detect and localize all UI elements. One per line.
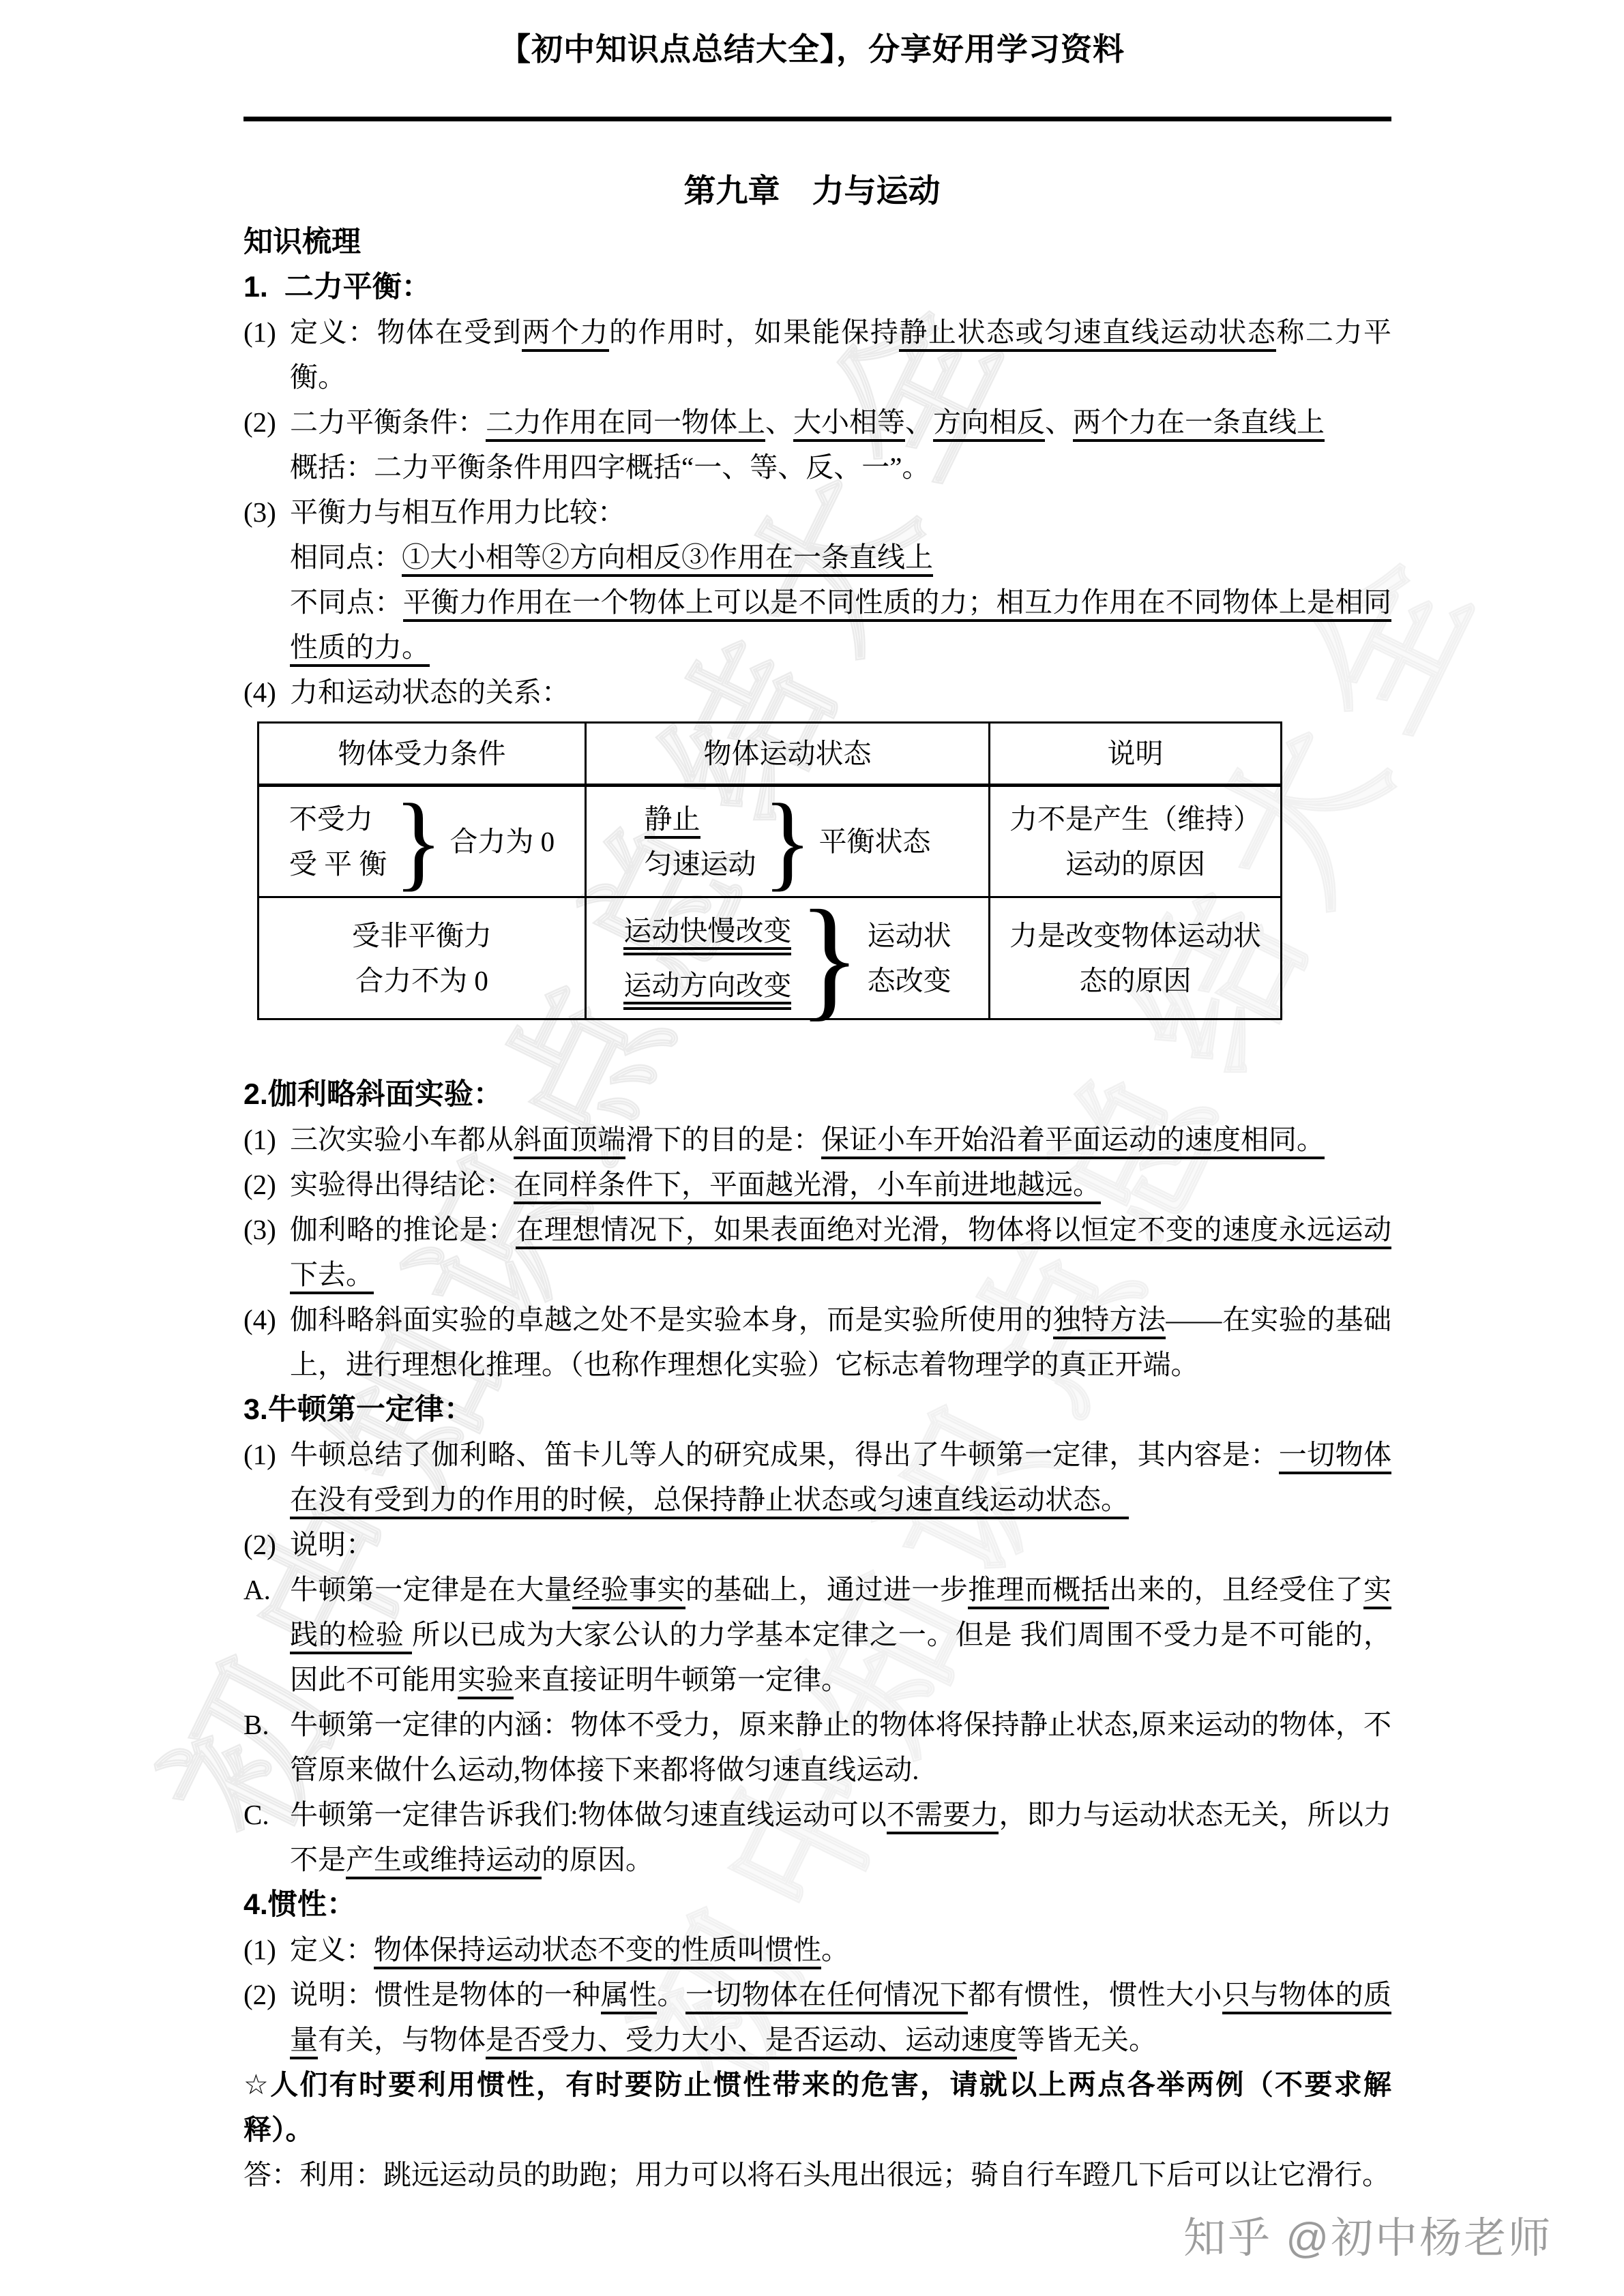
item-text: 说明：惯性是物体的一种属性。一切物体在任何情况下都有惯性，惯性大小只与物体的质量… bbox=[290, 1972, 1391, 2062]
item-text: 牛顿第一定律的内涵：物体不受力，原来静止的物体将保持静止状态,原来运动的物体，不… bbox=[290, 1702, 1391, 1792]
text-segment: 滑下的目的是： bbox=[625, 1124, 821, 1155]
section-heading: 1. 二力平衡： bbox=[243, 265, 1391, 310]
text-segment: 相同点： bbox=[290, 541, 402, 573]
brace-glyph: } bbox=[394, 793, 443, 890]
list-item: (2)二力平衡条件：二力作用在同一物体上、大小相等、方向相反、两个力在一条直线上 bbox=[243, 400, 1391, 445]
text-segment: 、 bbox=[905, 406, 933, 438]
document-body: 知识梳理1. 二力平衡：(1)定义：物体在受到两个力的作用时，如果能保持静止状态… bbox=[243, 220, 1391, 2197]
cell-line: 运动方向改变 bbox=[623, 963, 791, 1008]
item-text: 牛顿第一定律是在大量经验事实的基础上，通过进一步推理而概括出来的，且经受住了实践… bbox=[290, 1567, 1391, 1702]
item-marker: (1) bbox=[243, 310, 290, 400]
answer-line: 答：利用：跳远运动员的助跑；用力可以将石头甩出很远；骑自行车蹬几下后可以让它滑行… bbox=[243, 2152, 1391, 2197]
text-segment: 二力平衡条件： bbox=[290, 406, 486, 438]
text-segment: 牛顿第一定律告诉我们:物体做匀速直线运动可以 bbox=[290, 1799, 887, 1830]
list-item: (3)平衡力与相互作用力比较： bbox=[243, 490, 1391, 535]
force-motion-table: 物体受力条件 物体运动状态 说明 不受力 受 平 衡 } 合力为 0 静止 bbox=[257, 721, 1282, 1020]
cell-line: 受 平 衡 bbox=[289, 841, 387, 886]
list-item: (1)定义：物体保持运动状态不变的性质叫惯性。 bbox=[243, 1927, 1391, 1972]
text-segment: 等皆无关。 bbox=[1017, 2024, 1157, 2055]
table-cell: 力是改变物体运动状 态的原因 bbox=[990, 897, 1282, 1019]
text-segment: 不需要力 bbox=[887, 1799, 999, 1834]
text-segment: 经验事实 bbox=[572, 1574, 685, 1609]
list-item: (1)三次实验小车都从斜面顶端滑下的目的是：保证小车开始沿着平面运动的速度相同。 bbox=[243, 1117, 1391, 1162]
item-text: 牛顿总结了伽利略、笛卡儿等人的研究成果，得出了牛顿第一定律，其内容是：一切物体在… bbox=[290, 1432, 1391, 1522]
table-header-cell: 物体运动状态 bbox=[586, 723, 990, 786]
text-segment: 。 bbox=[821, 1934, 849, 1965]
item-marker: C. bbox=[243, 1792, 290, 1882]
brace-glyph: } bbox=[798, 897, 860, 1019]
page-header: 【初中知识点总结大全】，分享好用学习资料 bbox=[0, 25, 1624, 70]
item-text: 相同点：①大小相等②方向相反③作用在一条直线上 bbox=[290, 535, 1391, 580]
item-text: 三次实验小车都从斜面顶端滑下的目的是：保证小车开始沿着平面运动的速度相同。 bbox=[290, 1117, 1391, 1162]
item-text: 平衡力与相互作用力比较： bbox=[290, 490, 1391, 535]
list-item: (4)力和运动状态的关系： bbox=[243, 670, 1391, 715]
text-segment: ☆人们有时要利用惯性，有时要防止惯性带来的危害，请就以上两点各举两例（不要求解释… bbox=[243, 2069, 1391, 2145]
text-segment: 有关，与物体 bbox=[318, 2024, 486, 2055]
item-text: 伽科略斜面实验的卓越之处不是实验本身，而是实验所使用的独特方法——在实验的基础上… bbox=[290, 1297, 1391, 1387]
table-cell: 受非平衡力 合力不为 0 bbox=[259, 897, 586, 1019]
text-segment: 、 bbox=[765, 406, 793, 438]
text-segment: 在同样条件下，平面越光滑，小车前进地越远。 bbox=[514, 1169, 1101, 1204]
text-segment: 两个力在一条直线上 bbox=[1073, 406, 1325, 442]
section-heading: 2.伽利略斜面实验： bbox=[243, 1072, 1391, 1117]
text-segment: 伽科略斜面实验的卓越之处不是实验本身，而是实验所使用的 bbox=[290, 1304, 1053, 1335]
text-segment: 、 bbox=[1045, 406, 1073, 438]
list-item: (2)说明：惯性是物体的一种属性。一切物体在任何情况下都有惯性，惯性大小只与物体… bbox=[243, 1972, 1391, 2062]
list-item: (2)实验得出得结论：在同样条件下，平面越光滑，小车前进地越远。 bbox=[243, 1162, 1391, 1207]
text-segment: 牛顿第一定律的内涵：物体不受力，原来静止的物体将保持静止状态,原来运动的物体，不… bbox=[290, 1709, 1391, 1785]
text-segment: 斜面顶端 bbox=[514, 1124, 625, 1159]
text-segment: 二力作用在同一物体上 bbox=[486, 406, 765, 442]
list-item: (3)伽利略的推论是：在理想情况下，如果表面绝对光滑，物体将以恒定不变的速度永远… bbox=[243, 1207, 1391, 1297]
document-page: 初中知识点总结大全 初中知识点总结大全 【初中知识点总结大全】，分享好用学习资料… bbox=[0, 0, 1624, 2296]
item-marker: B. bbox=[243, 1702, 290, 1792]
cell-line: 不受力 bbox=[289, 796, 387, 841]
item-marker: A. bbox=[243, 1567, 290, 1702]
item-text: 定义：物体在受到两个力的作用时，如果能保持静止状态或匀速直线运动状态称二力平衡。 bbox=[290, 310, 1391, 400]
text-segment: 说明： bbox=[290, 1529, 374, 1560]
item-text: 二力平衡条件：二力作用在同一物体上、大小相等、方向相反、两个力在一条直线上 bbox=[290, 400, 1391, 445]
cell-line: 运动快慢改变 bbox=[623, 908, 791, 953]
text-segment: 不同点： bbox=[290, 586, 403, 618]
text-segment: 的基础上，通过进一步 bbox=[685, 1574, 968, 1605]
item-marker: (1) bbox=[243, 1432, 290, 1522]
item-marker bbox=[243, 445, 290, 490]
item-marker bbox=[243, 535, 290, 580]
text-segment: 实验得出得结论： bbox=[290, 1169, 514, 1200]
text-segment: 实验 bbox=[458, 1664, 514, 1699]
cell-line: 运动状 bbox=[868, 913, 951, 958]
header-divider bbox=[243, 117, 1391, 121]
item-marker: (4) bbox=[243, 670, 290, 715]
item-marker: (3) bbox=[243, 490, 290, 535]
text-segment: 说明：惯性是物体的一种 bbox=[290, 1979, 601, 2010]
text-segment: 。 bbox=[657, 1979, 685, 2010]
text-segment: 产生或维持运动 bbox=[346, 1844, 542, 1879]
text-segment: 静止状态或匀速直线运动状态 bbox=[899, 316, 1276, 352]
cell-line: 力不是产生（维持） bbox=[990, 796, 1280, 841]
table-header-cell: 说明 bbox=[990, 723, 1282, 786]
list-item: (4)伽科略斜面实验的卓越之处不是实验本身，而是实验所使用的独特方法——在实验的… bbox=[243, 1297, 1391, 1387]
item-text: 说明： bbox=[290, 1522, 1391, 1567]
list-item: (1)牛顿总结了伽利略、笛卡儿等人的研究成果，得出了牛顿第一定律，其内容是：一切… bbox=[243, 1432, 1391, 1522]
table-header-row: 物体受力条件 物体运动状态 说明 bbox=[259, 723, 1282, 786]
text-segment: 定义： bbox=[290, 1934, 374, 1965]
knowledge-outline-heading: 知识梳理 bbox=[243, 220, 1391, 265]
brace-glyph: } bbox=[763, 793, 812, 890]
cell-line: 态的原因 bbox=[990, 958, 1280, 1003]
table-row: 不受力 受 平 衡 } 合力为 0 静止 匀速运动 } 平衡状态 bbox=[259, 786, 1282, 897]
item-marker bbox=[243, 580, 290, 670]
cell-line: 运动的原因 bbox=[990, 841, 1280, 886]
text-segment: 属性 bbox=[601, 1979, 658, 2014]
item-marker: (3) bbox=[243, 1207, 290, 1297]
text-segment: 来直接证明牛顿第一定律。 bbox=[514, 1664, 849, 1695]
text-segment: 一切物体在任何情况下 bbox=[685, 1979, 968, 2014]
item-marker: (2) bbox=[243, 1522, 290, 1567]
cell-line: 合力不为 0 bbox=[259, 958, 585, 1003]
item-text: 实验得出得结论：在同样条件下，平面越光滑，小车前进地越远。 bbox=[290, 1162, 1391, 1207]
text-segment: 的作用时，如果能保持 bbox=[609, 316, 899, 348]
text-segment: 平衡力与相互作用力比较： bbox=[290, 496, 625, 528]
cell-line: 合力为 0 bbox=[449, 819, 555, 864]
text-segment: 独特方法 bbox=[1053, 1304, 1166, 1339]
table-row: 受非平衡力 合力不为 0 运动快慢改变 运动方向改变 } 运动状 态改变 bbox=[259, 897, 1282, 1019]
cell-line: 静止 bbox=[645, 796, 756, 841]
list-item: (2)说明： bbox=[243, 1522, 1391, 1567]
zhihu-watermark: 知乎 @初中杨老师 bbox=[1183, 2204, 1552, 2265]
continuation-line: 不同点：平衡力作用在一个物体上可以是不同性质的力；相互力作用在不同物体上是相同性… bbox=[243, 580, 1391, 670]
text-segment: 的原因。 bbox=[542, 1844, 653, 1875]
item-marker: (1) bbox=[243, 1927, 290, 1972]
table-cell: 不受力 受 平 衡 } 合力为 0 bbox=[259, 786, 586, 897]
table-cell: 力不是产生（维持） 运动的原因 bbox=[990, 786, 1282, 897]
cell-line: 力是改变物体运动状 bbox=[990, 913, 1280, 958]
item-text: 力和运动状态的关系： bbox=[290, 670, 1391, 715]
text-segment: 答：利用：跳远运动员的助跑；用力可以将石头甩出很远；骑自行车蹬几下后可以让它滑行… bbox=[243, 2159, 1390, 2190]
item-text: 不同点：平衡力作用在一个物体上可以是不同性质的力；相互力作用在不同物体上是相同性… bbox=[290, 580, 1391, 670]
text-segment: 大小相等 bbox=[793, 406, 905, 442]
item-marker: (1) bbox=[243, 1117, 290, 1162]
cell-line: 匀速运动 bbox=[645, 841, 756, 886]
item-text: 牛顿第一定律告诉我们:物体做匀速直线运动可以不需要力，即力与运动状态无关，所以力… bbox=[290, 1792, 1391, 1882]
text-segment: 概括：二力平衡条件用四字概括“一、等、反、一”。 bbox=[290, 451, 930, 483]
text-segment: 是否受力、受力大小、是否运动、运动速度 bbox=[486, 2024, 1017, 2059]
text-segment: 定义：物体在受到 bbox=[290, 316, 522, 348]
item-marker: (2) bbox=[243, 1162, 290, 1207]
item-marker: (2) bbox=[243, 1972, 290, 2062]
text-segment: 方向相反 bbox=[933, 406, 1045, 442]
text-segment: 牛顿总结了伽利略、笛卡儿等人的研究成果，得出了牛顿第一定律，其内容是： bbox=[290, 1439, 1279, 1470]
text-segment: 推理而概括 bbox=[968, 1574, 1109, 1609]
cell-line: 态改变 bbox=[868, 958, 951, 1003]
continuation-line: 相同点：①大小相等②方向相反③作用在一条直线上 bbox=[243, 535, 1391, 580]
list-item: (1)定义：物体在受到两个力的作用时，如果能保持静止状态或匀速直线运动状态称二力… bbox=[243, 310, 1391, 400]
text-segment: 都有惯性，惯性大小 bbox=[968, 1979, 1222, 2010]
list-item: B.牛顿第一定律的内涵：物体不受力，原来静止的物体将保持静止状态,原来运动的物体… bbox=[243, 1702, 1391, 1792]
item-text: 定义：物体保持运动状态不变的性质叫惯性。 bbox=[290, 1927, 1391, 1972]
continuation-line: 概括：二力平衡条件用四字概括“一、等、反、一”。 bbox=[243, 445, 1391, 490]
item-marker: (4) bbox=[243, 1297, 290, 1387]
text-segment: 牛顿第一定律是在大量 bbox=[290, 1574, 572, 1605]
section-heading: 4.惯性： bbox=[243, 1882, 1391, 1927]
text-segment: 三次实验小车都从 bbox=[290, 1124, 514, 1155]
note-line: ☆人们有时要利用惯性，有时要防止惯性带来的危害，请就以上两点各举两例（不要求解释… bbox=[243, 2062, 1391, 2152]
text-segment: 力和运动状态的关系： bbox=[290, 676, 570, 708]
item-text: 概括：二力平衡条件用四字概括“一、等、反、一”。 bbox=[290, 445, 1391, 490]
text-segment: 平衡力作用在一个物体上可以是不同性质的力；相互力作用在不同物体上是相同性质的力。 bbox=[290, 586, 1391, 667]
text-segment: 两个力 bbox=[522, 316, 609, 352]
list-item: C.牛顿第一定律告诉我们:物体做匀速直线运动可以不需要力，即力与运动状态无关，所… bbox=[243, 1792, 1391, 1882]
table-cell: 静止 匀速运动 } 平衡状态 bbox=[586, 786, 990, 897]
section-heading: 3.牛顿第一定律： bbox=[243, 1387, 1391, 1432]
text-segment: 保证小车开始沿着平面运动的速度相同。 bbox=[821, 1124, 1325, 1159]
text-segment: 伽利略的推论是： bbox=[290, 1214, 516, 1245]
cell-line: 受非平衡力 bbox=[259, 913, 585, 958]
item-text: 伽利略的推论是：在理想情况下，如果表面绝对光滑，物体将以恒定不变的速度永远运动下… bbox=[290, 1207, 1391, 1297]
list-item: A.牛顿第一定律是在大量经验事实的基础上，通过进一步推理而概括出来的，且经受住了… bbox=[243, 1567, 1391, 1702]
text-segment: 物体保持运动状态不变的性质叫惯性 bbox=[374, 1934, 821, 1969]
table-cell: 运动快慢改变 运动方向改变 } 运动状 态改变 bbox=[586, 897, 990, 1019]
page-title: 第九章 力与运动 bbox=[0, 166, 1624, 211]
text-segment: 出来的，且经受住了 bbox=[1109, 1574, 1363, 1605]
text-segment: ①大小相等②方向相反③作用在一条直线上 bbox=[402, 541, 933, 577]
table-header-cell: 物体受力条件 bbox=[259, 723, 586, 786]
cell-line: 平衡状态 bbox=[819, 819, 931, 864]
item-marker: (2) bbox=[243, 400, 290, 445]
